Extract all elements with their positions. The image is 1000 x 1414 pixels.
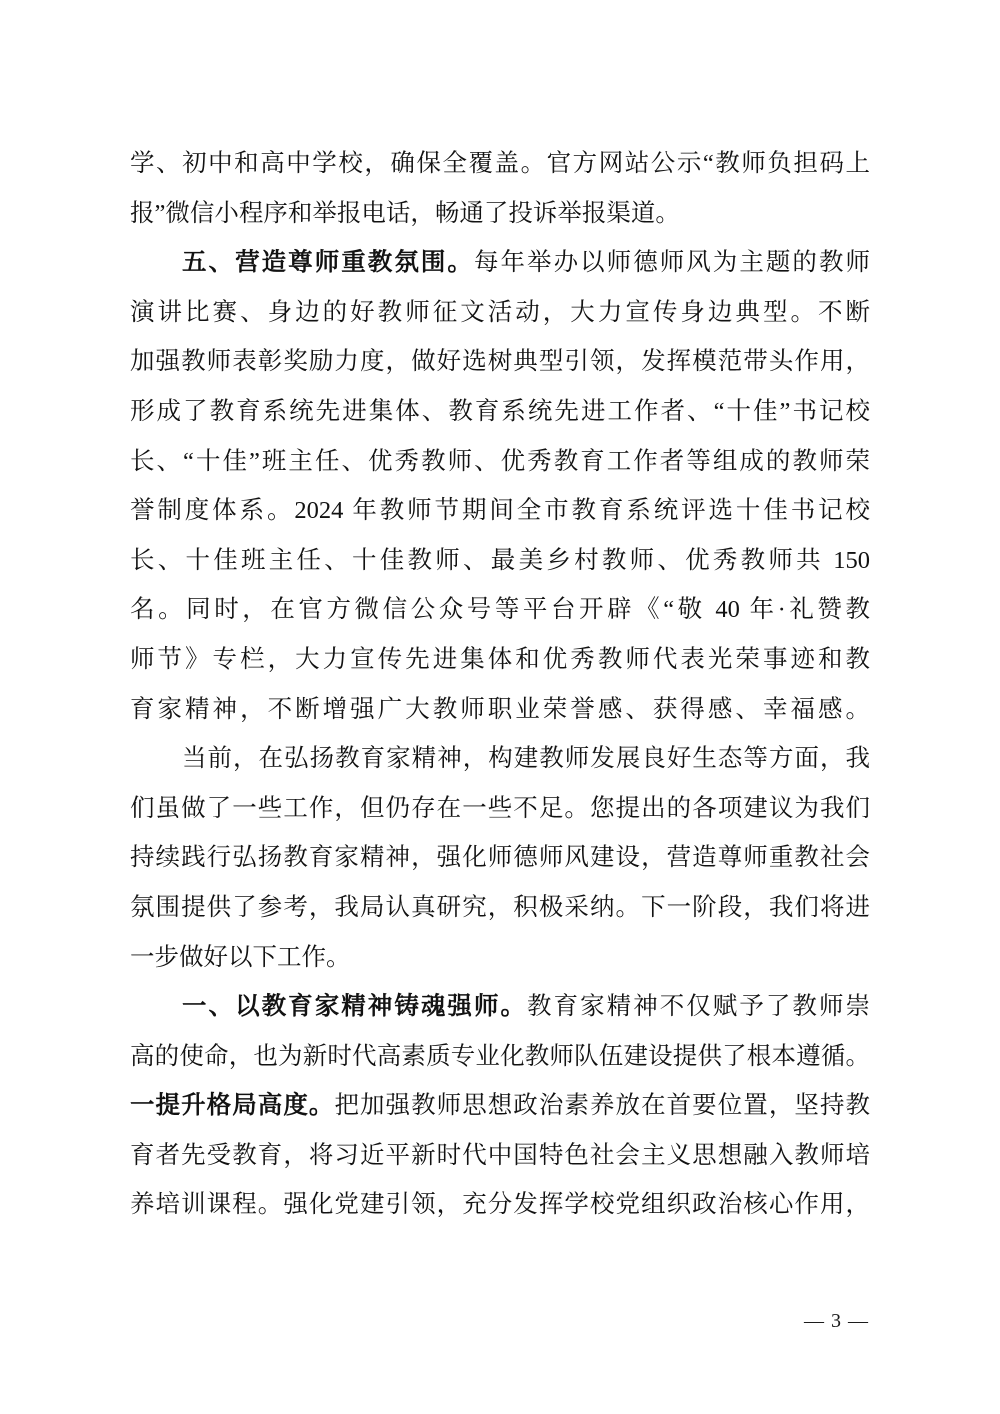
body-text: 长、十佳班主任、十佳教师、最美乡村教师、优秀教师共 150 [130,547,870,574]
text-line: 师节》专栏，大力宣传先进集体和优秀教师代表光荣事迹和教 [130,635,870,685]
text-line: 学、初中和高中学校，确保全覆盖。官方网站公示“教师负担码上 [130,139,870,189]
text-line: 演讲比赛、身边的好教师征文活动，大力宣传身边典型。不断 [130,288,870,338]
body-text: 育家精神，不断增强广大教师职业荣誉感、获得感、幸福感。 [130,696,870,723]
body-text: 育者先受教育，将习近平新时代中国特色社会主义思想融入教师培 [130,1142,870,1169]
text-line: 育家精神，不断增强广大教师职业荣誉感、获得感、幸福感。 [130,685,870,735]
body-text: 持续践行弘扬教育家精神，强化师德师风建设，营造尊师重教社会 [130,844,870,871]
document-body: 学、初中和高中学校，确保全覆盖。官方网站公示“教师负担码上报”微信小程序和举报电… [130,139,870,1230]
text-line: 长、十佳班主任、十佳教师、最美乡村教师、优秀教师共 150 [130,536,870,586]
body-text: 长、“十佳”班主任、优秀教师、优秀教育工作者等组成的教师荣 [130,448,870,475]
body-text: 氛围提供了参考，我局认真研究，积极采纳。下一阶段，我们将进 [130,894,870,921]
bold-heading-text: 一提升格局高度。 [130,1092,334,1119]
text-line: 报”微信小程序和举报电话，畅通了投诉举报渠道。 [130,189,870,239]
text-line: 长、“十佳”班主任、优秀教师、优秀教育工作者等组成的教师荣 [130,437,870,487]
body-text: 每年举办以师德师风为主题的教师 [474,249,870,276]
body-text: 报”微信小程序和举报电话，畅通了投诉举报渠道。 [130,200,680,227]
text-line: 五、营造尊师重教氛围。每年举办以师德师风为主题的教师 [130,238,870,288]
body-text: 把加强教师思想政治素养放在首要位置，坚持教 [334,1092,870,1119]
body-text: 誉制度体系。2024 年教师节期间全市教育系统评选十佳书记校 [130,497,870,524]
text-line: 养培训课程。强化党建引领，充分发挥学校党组织政治核心作用， [130,1180,870,1230]
body-text: 师节》专栏，大力宣传先进集体和优秀教师代表光荣事迹和教 [130,646,870,673]
text-line: 一步做好以下工作。 [130,933,870,983]
body-text: 名。同时，在官方微信公众号等平台开辟《“敬 40 年·礼赞教 [130,596,870,623]
page-number: — 3 — [804,1306,869,1336]
text-line: 当前，在弘扬教育家精神，构建教师发展良好生态等方面，我 [130,734,870,784]
body-text: 形成了教育系统先进集体、教育系统先进工作者、“十佳”书记校 [130,398,870,425]
text-line: 们虽做了一些工作，但仍存在一些不足。您提出的各项建议为我们 [130,784,870,834]
body-text: 当前，在弘扬教育家精神，构建教师发展良好生态等方面，我 [182,745,870,772]
text-line: 氛围提供了参考，我局认真研究，积极采纳。下一阶段，我们将进 [130,883,870,933]
body-text: 养培训课程。强化党建引领，充分发挥学校党组织政治核心作用， [130,1191,870,1218]
text-line: 育者先受教育，将习近平新时代中国特色社会主义思想融入教师培 [130,1131,870,1181]
text-line: 加强教师表彰奖励力度，做好选树典型引领，发挥模范带头作用， [130,337,870,387]
body-text: 一步做好以下工作。 [130,944,351,971]
body-text: 高的使命，也为新时代高素质专业化教师队伍建设提供了根本遵循。 [130,1043,870,1070]
document-page: 学、初中和高中学校，确保全覆盖。官方网站公示“教师负担码上报”微信小程序和举报电… [0,0,1000,1414]
text-line: 持续践行弘扬教育家精神，强化师德师风建设，营造尊师重教社会 [130,833,870,883]
text-line: 形成了教育系统先进集体、教育系统先进工作者、“十佳”书记校 [130,387,870,437]
body-text: 学、初中和高中学校，确保全覆盖。官方网站公示“教师负担码上 [130,150,870,177]
text-line: 名。同时，在官方微信公众号等平台开辟《“敬 40 年·礼赞教 [130,585,870,635]
body-text: 演讲比赛、身边的好教师征文活动，大力宣传身边典型。不断 [130,299,870,326]
text-line: 誉制度体系。2024 年教师节期间全市教育系统评选十佳书记校 [130,486,870,536]
text-line: 高的使命，也为新时代高素质专业化教师队伍建设提供了根本遵循。 [130,1032,870,1082]
bold-heading-text: 一、以教育家精神铸魂强师。 [182,993,527,1020]
text-line: 一提升格局高度。把加强教师思想政治素养放在首要位置，坚持教 [130,1081,870,1131]
body-text: 教育家精神不仅赋予了教师崇 [527,993,870,1020]
text-line: 一、以教育家精神铸魂强师。教育家精神不仅赋予了教师崇 [130,982,870,1032]
body-text: 加强教师表彰奖励力度，做好选树典型引领，发挥模范带头作用， [130,348,870,375]
bold-heading-text: 五、营造尊师重教氛围。 [182,249,474,276]
body-text: 们虽做了一些工作，但仍存在一些不足。您提出的各项建议为我们 [130,795,870,822]
